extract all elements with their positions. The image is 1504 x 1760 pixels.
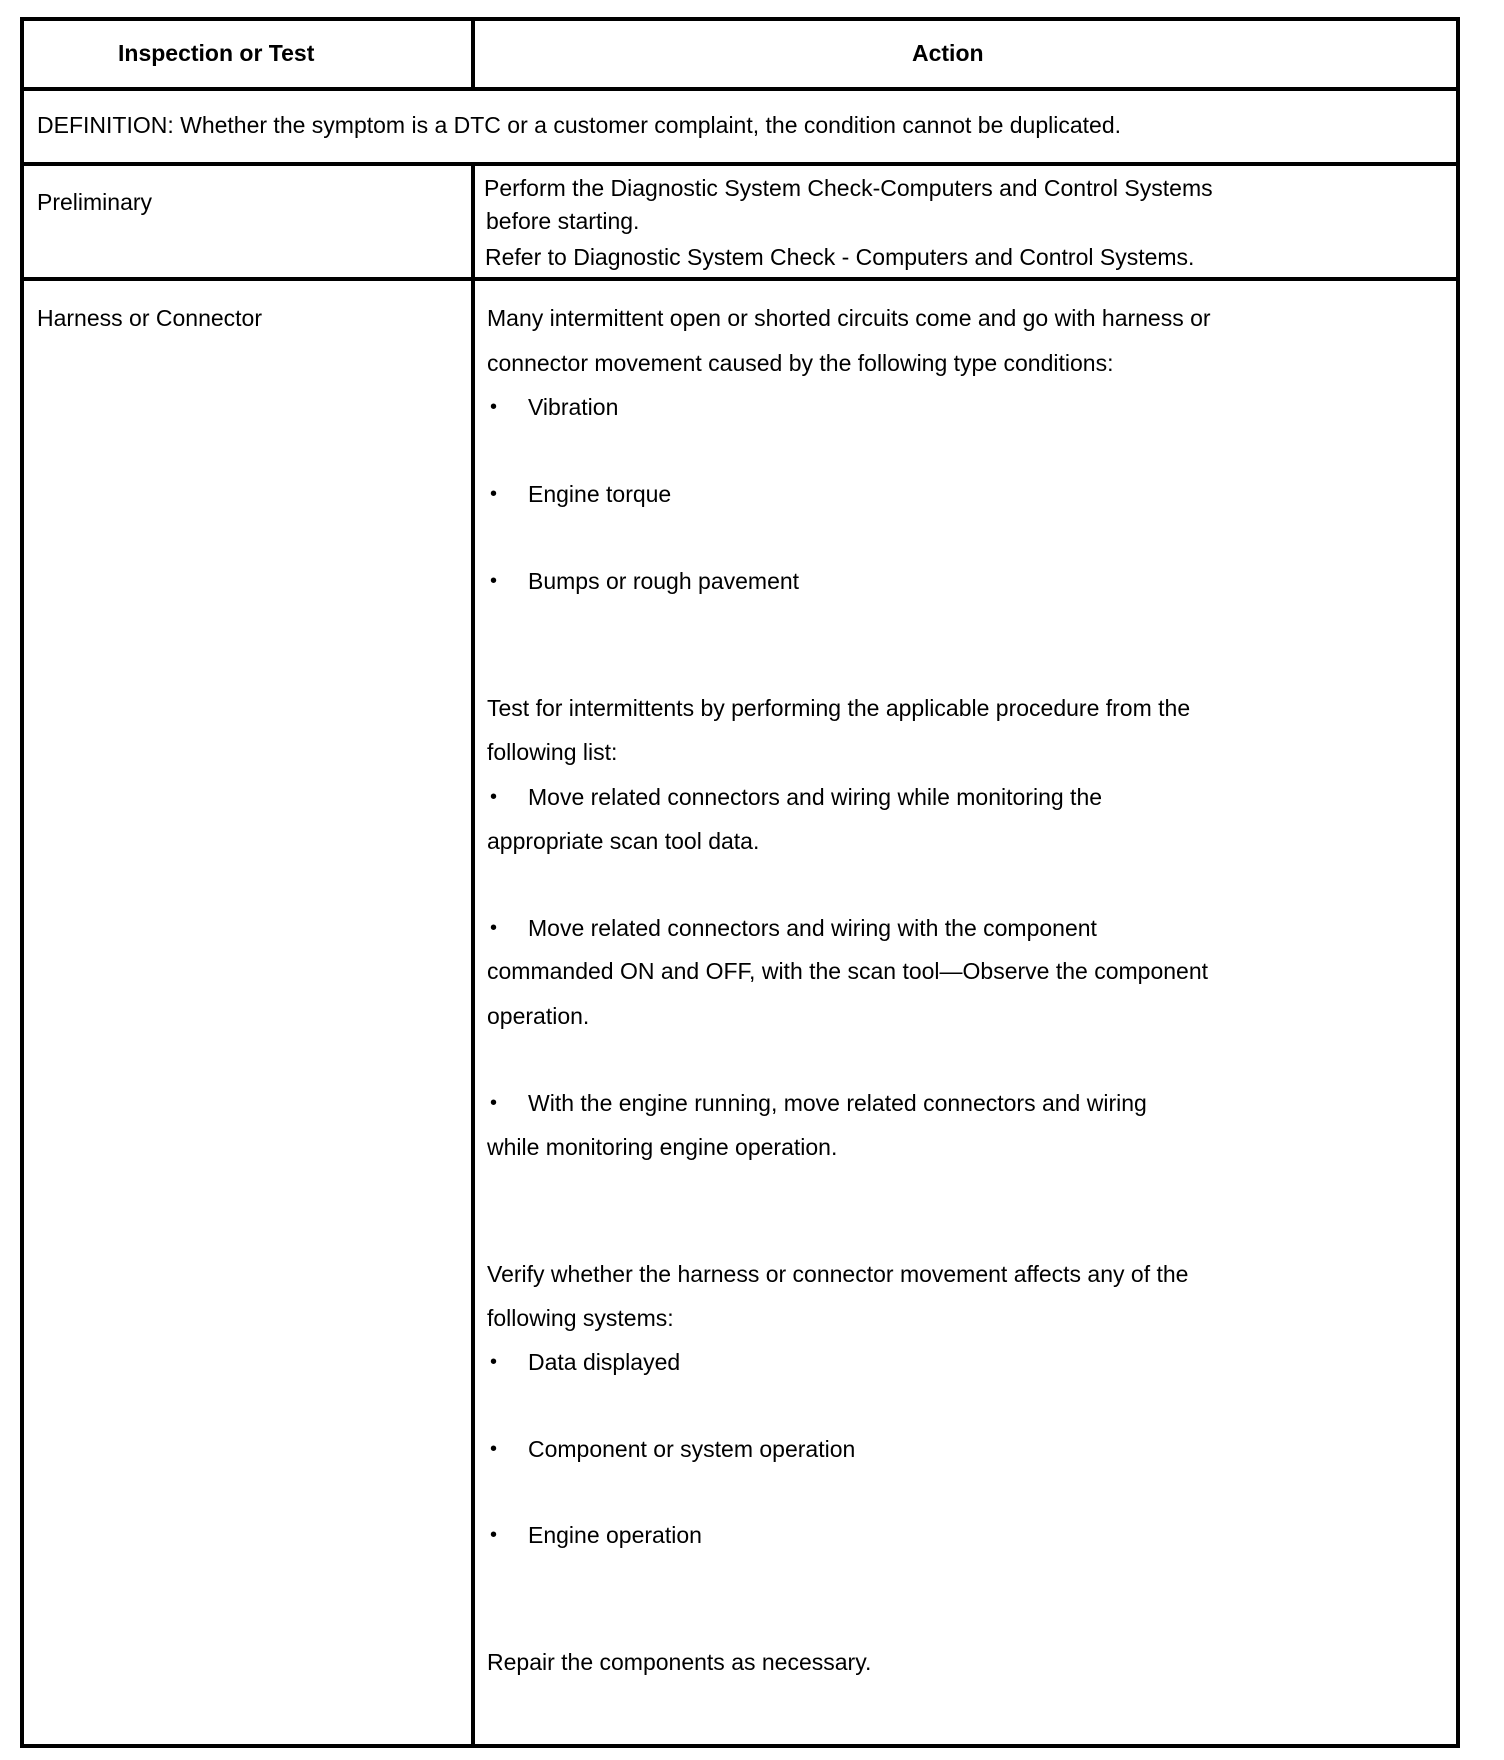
preliminary-divider [24, 277, 1456, 281]
test-intro-line-1: Test for intermittents by performing the… [487, 695, 1190, 721]
bullet-icon: • [490, 1522, 497, 1548]
system-item: Component or system operation [528, 1436, 855, 1462]
header-divider [24, 87, 1456, 91]
definition-divider [24, 162, 1456, 166]
procedure-item-continued: appropriate scan tool data. [487, 828, 759, 854]
procedure-item-continued: while monitoring engine operation. [487, 1134, 837, 1160]
procedure-item-continued: operation. [487, 1003, 589, 1029]
verify-intro-line-1: Verify whether the harness or connector … [487, 1261, 1188, 1287]
condition-item: Vibration [528, 394, 618, 420]
repair-instruction: Repair the components as necessary. [487, 1649, 871, 1675]
bullet-icon: • [490, 1436, 497, 1462]
header-action: Action [912, 40, 984, 66]
bullet-icon: • [490, 568, 497, 594]
harness-intro-line-2: connector movement caused by the followi… [487, 350, 1113, 376]
condition-item: Bumps or rough pavement [528, 568, 799, 594]
test-intro-line-2: following list: [487, 739, 617, 765]
bullet-icon: • [490, 784, 497, 810]
body-column-divider [471, 166, 475, 1744]
preliminary-reference-link: Refer to Diagnostic System Check - Compu… [485, 244, 1194, 270]
bullet-icon: • [490, 915, 497, 941]
procedure-item: Move related connectors and wiring while… [528, 784, 1102, 810]
harness-intro-line-1: Many intermittent open or shorted circui… [487, 305, 1211, 331]
bullet-icon: • [490, 1090, 497, 1116]
definition-text: DEFINITION: Whether the symptom is a DTC… [37, 112, 1121, 138]
bullet-icon: • [490, 1349, 497, 1375]
header-column-divider [471, 21, 475, 87]
verify-intro-line-2: following systems: [487, 1305, 674, 1331]
procedure-item-continued: commanded ON and OFF, with the scan tool… [487, 958, 1208, 984]
condition-item: Engine torque [528, 481, 671, 507]
system-item: Engine operation [528, 1522, 702, 1548]
diagnostic-table [20, 17, 1460, 1748]
procedure-item: With the engine running, move related co… [528, 1090, 1147, 1116]
procedure-item: Move related connectors and wiring with … [528, 915, 1097, 941]
bullet-icon: • [490, 481, 497, 507]
inspection-harness-or-connector: Harness or Connector [37, 305, 262, 331]
preliminary-action-line-1: Perform the Diagnostic System Check-Comp… [484, 175, 1213, 201]
preliminary-action-line-2: before starting. [486, 208, 639, 234]
bullet-icon: • [490, 394, 497, 420]
system-item: Data displayed [528, 1349, 680, 1375]
inspection-preliminary: Preliminary [37, 189, 152, 215]
header-inspection-or-test: Inspection or Test [118, 40, 314, 66]
